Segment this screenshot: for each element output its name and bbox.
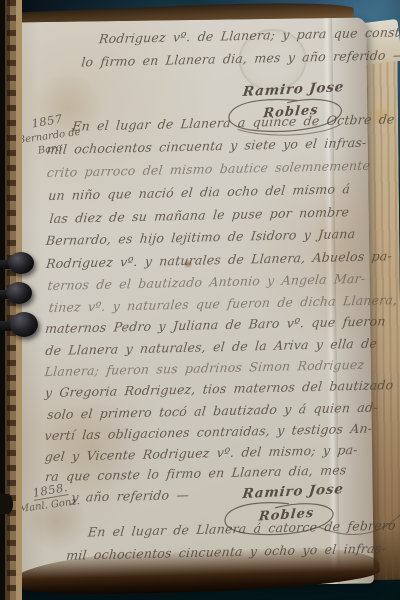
handwritten-line: Bernardo, es hijo lejitimo de Isidoro y … xyxy=(45,228,356,248)
handwritten-line: crito parroco del mismo bautice solemnem… xyxy=(46,160,370,180)
margin-name: Manl. Gonz. xyxy=(18,496,80,515)
handwritten-line: gel y Vicente Rodriguez vº. del mismo; y… xyxy=(44,444,358,464)
handwritten-line: y año referido — xyxy=(71,489,190,504)
handwritten-line: de Llanera y naturales, el de la Ariva y… xyxy=(45,338,378,358)
handwritten-line: maternos Pedro y Juliana de Baro vº. que… xyxy=(44,315,386,335)
handwritten-line: Rodriguez vº. y naturales de Llanera, Ab… xyxy=(46,250,393,270)
handwritten-line: vertí las obligaciones contraidas, y tes… xyxy=(44,423,373,443)
binding-post-knob xyxy=(8,252,34,274)
handwritten-line: lo firmo en Llanera dia, mes y año refer… xyxy=(81,49,400,69)
handwritten-line: las diez de su mañana le puse por nombre xyxy=(49,206,350,225)
binding-post-knob xyxy=(6,282,32,304)
handwritten-line: tinez vº. y naturales que fueron de dich… xyxy=(48,294,398,314)
margin-note-1858: Manl. Gonz. xyxy=(19,493,80,513)
handwriting-layer: Rodriguez vº. de Llanera; y para que con… xyxy=(10,18,374,589)
photo-of-baptism-register: Rodriguez vº. de Llanera; y para que con… xyxy=(0,0,400,600)
handwritten-line: solo el primero tocó al bautizado y á qu… xyxy=(47,402,379,422)
handwritten-line: mil ochocientos cincuenta y siete yo el … xyxy=(46,137,367,157)
binding-post-knob xyxy=(10,312,38,337)
handwritten-line: Llanera; fueron sus padrinos Simon Rodri… xyxy=(44,359,365,379)
handwritten-line: ternos de el bautizado Antonio y Angela … xyxy=(47,273,366,293)
handwritten-line: un niño que nació el dia ocho del mismo … xyxy=(48,183,351,202)
binding-clasp xyxy=(0,494,13,514)
manuscript-page: Rodriguez vº. de Llanera; y para que con… xyxy=(10,18,374,589)
handwritten-line: y Gregoria Rodriguez, tios maternos del … xyxy=(44,379,394,399)
handwritten-line: Rodriguez vº. de Llanera; y para que con… xyxy=(98,26,400,46)
